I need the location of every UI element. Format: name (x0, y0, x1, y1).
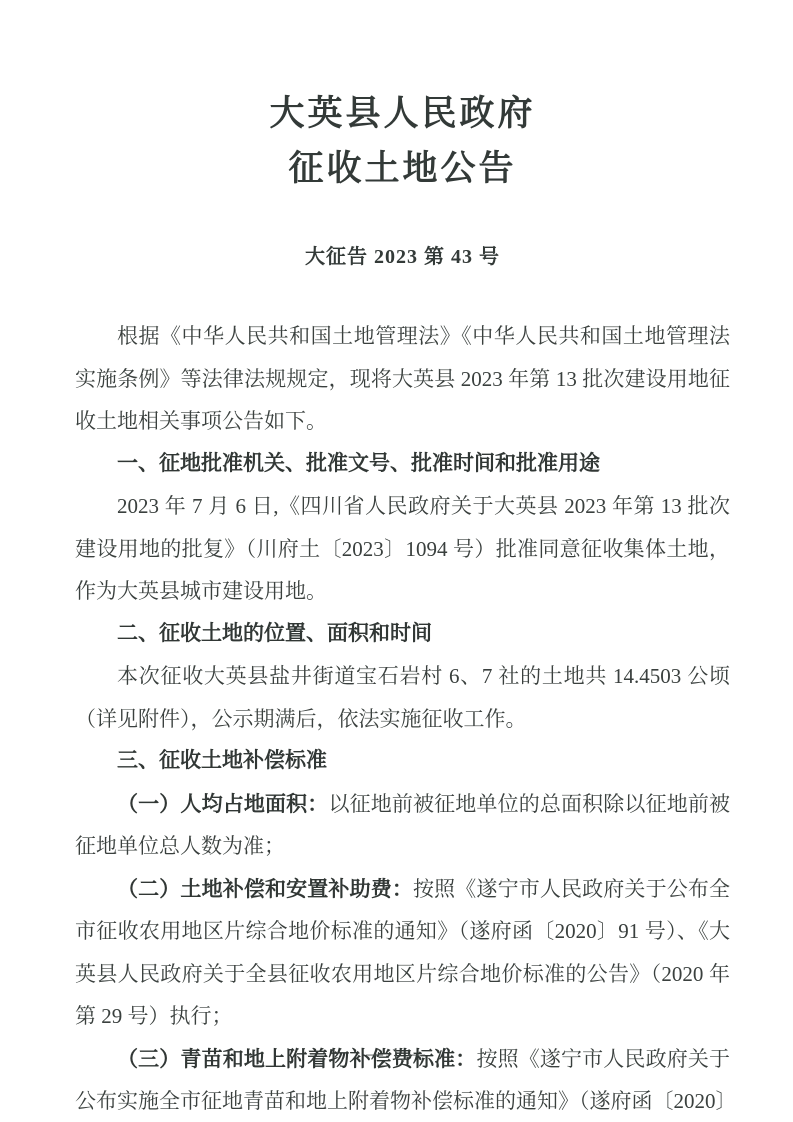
document-body: 根据《中华人民共和国土地管理法》《中华人民共和国土地管理法实施条例》等法律法规规… (75, 315, 730, 1122)
paragraph-location: 本次征收大英县盐井街道宝石岩村 6、7 社的土地共 14.4503 公顷（详见附… (75, 655, 730, 740)
document-title: 大英县人民政府 征收土地公告 (75, 86, 730, 196)
section-heading-2: 二、征收土地的位置、面积和时间 (75, 613, 730, 656)
document-page: 大英县人民政府 征收土地公告 大征告 2023 第 43 号 根据《中华人民共和… (0, 0, 793, 1122)
document-content: 大英县人民政府 征收土地公告 大征告 2023 第 43 号 根据《中华人民共和… (75, 0, 730, 1122)
list-item-2-lead: （二）土地补偿和安置补助费： (117, 877, 413, 901)
section-heading-3: 三、征收土地补偿标准 (75, 740, 730, 783)
list-item-2: （二）土地补偿和安置补助费：按照《遂宁市人民政府关于公布全市征收农用地区片综合地… (75, 868, 730, 1038)
title-line-2: 征收土地公告 (75, 141, 730, 196)
list-item-1: （一）人均占地面积：以征地前被征地单位的总面积除以征地前被征地单位总人数为准； (75, 783, 730, 868)
paragraph-approval: 2023 年 7 月 6 日,《四川省人民政府关于大英县 2023 年第 13 … (75, 485, 730, 613)
document-number: 大征告 2023 第 43 号 (75, 240, 730, 269)
title-line-1: 大英县人民政府 (75, 86, 730, 141)
section-heading-1: 一、征地批准机关、批准文号、批准时间和批准用途 (75, 443, 730, 486)
paragraph-intro: 根据《中华人民共和国土地管理法》《中华人民共和国土地管理法实施条例》等法律法规规… (75, 315, 730, 443)
page-number: — 1 — (0, 1044, 793, 1064)
list-item-1-lead: （一）人均占地面积： (117, 792, 328, 816)
